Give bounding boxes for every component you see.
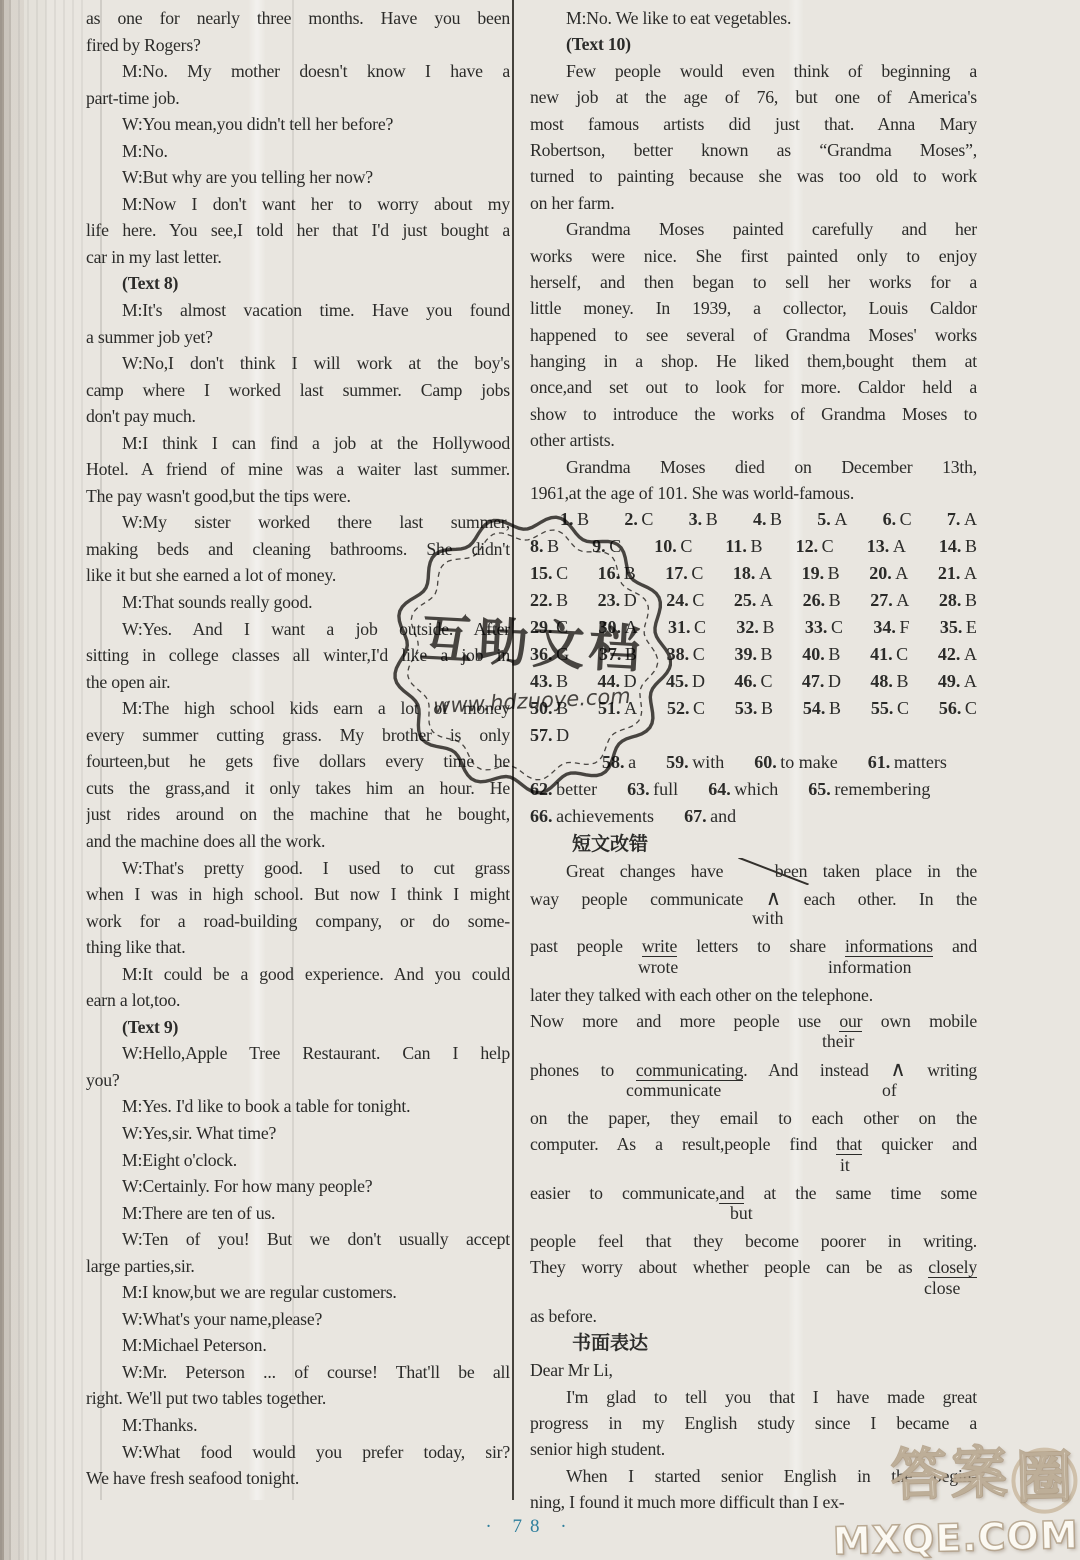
column-divider [512,0,514,1500]
fill-answer-item: 61. matters [868,752,947,772]
text-line: a summer job yet? [86,324,510,351]
answer-item: 7. A [947,506,977,533]
right-column: M:No. We like to eat vegetables.(Text 10… [530,5,977,1515]
text-line: Now more and more people use our own mob… [530,1008,977,1034]
text-line: making beds and cleaning bathrooms. She … [86,536,510,563]
text-line: M:The high school kids earn a lot of mon… [86,695,510,722]
answer-item: 52. C [667,695,705,722]
text-line: car in my last letter. [86,244,510,271]
fill-answer-item: 62. better [530,779,597,799]
answer-item: 35. E [940,614,977,641]
fill-answer-item: 63. full [627,779,678,799]
answer-item: 11. B [725,533,762,560]
answer-item: 5. A [817,506,847,533]
answer-item: 50. B [530,695,568,722]
answer-item: 39. B [734,641,772,668]
text-line: M:That sounds really good. [86,589,510,616]
answer-item: 1. B [560,506,589,533]
text-line: M:Now I don't want her to worry about my [86,191,510,218]
answer-item: 57. D [530,722,569,749]
text-line: earn a lot,too. [86,987,510,1014]
text-line: M:Yes. I'd like to book a table for toni… [86,1093,510,1120]
text-line: M:There are ten of us. [86,1200,510,1227]
correction-annotation-line: it [530,1158,977,1180]
text-line: herself, and then began to sell her work… [530,269,977,295]
answer-item: 49. A [938,668,977,695]
text-line: new job at the age of 76, but one of Ame… [530,84,977,110]
text-line: M:No. My mother doesn't know I have a [86,58,510,85]
text-line: We have fresh seafood tonight. [86,1465,510,1492]
correction-annotation-line: with [530,911,977,933]
answer-row: 57. D [530,722,977,749]
text-line: W:Mr. Peterson ... of course! That'll be… [86,1359,510,1386]
text-line: happened to see several of Grandma Moses… [530,322,977,348]
text-heading-line: (Text 8) [86,270,510,297]
answer-item: 48. B [870,668,908,695]
text-line: thing like that. [86,934,510,961]
answer-item: 26. B [803,587,841,614]
answer-item: 41. C [870,641,908,668]
answer-item: 45. D [666,668,705,695]
answer-item: 28. B [939,587,977,614]
text-line: I'm glad to tell you that I have made gr… [530,1384,977,1410]
text-line: right. We'll put two tables together. [86,1385,510,1412]
answer-item: 19. B [802,560,840,587]
text-line: large parties,sir. [86,1253,510,1280]
answer-item: 15. C [530,560,568,587]
left-column-listening-script: as one for nearly three months. Have you… [86,5,510,1492]
answer-item: 18. A [733,560,772,587]
fill-answer-row: 62. better63. full64. which65. rememberi… [530,776,977,803]
text-line: cuts the grass,and it only takes him an … [86,775,510,802]
text-line: just rides around on the machine that he… [86,801,510,828]
text-line: as before. [530,1303,977,1329]
answer-item: 33. C [805,614,843,641]
fill-answer-item: 66. achievements [530,806,654,826]
section-heading-written-expression: 书面表达 [530,1329,977,1357]
text-line: don't pay much. [86,403,510,430]
text-line: Hotel. A friend of mine was a waiter las… [86,456,510,483]
text-line: as one for nearly three months. Have you… [86,5,510,32]
answer-item: 3. B [689,506,718,533]
text-heading-line: (Text 9) [86,1014,510,1041]
answer-item: 17. C [665,560,703,587]
answer-item: 55. C [871,695,909,722]
page-number: · 78 · [450,1516,610,1538]
text-line: W:What's your name,please? [86,1306,510,1333]
text-line: W:Hello,Apple Tree Restaurant. Can I hel… [86,1040,510,1067]
model-essay-letter: Dear Mr Li,I'm glad to tell you that I h… [530,1357,977,1515]
text-line: W:My sister worked there last summer, [86,509,510,536]
text-line: computer. As a result,people find that q… [530,1131,977,1157]
answer-item: 38. C [667,641,705,668]
answer-item: 24. C [666,587,704,614]
text-line: M:Thanks. [86,1412,510,1439]
correction-annotation-line: their [530,1034,977,1056]
text-line: They worry about whether people can be a… [530,1254,977,1280]
text-line: little money. In 1939, a collector, Loui… [530,295,977,321]
answer-item: 22. B [530,587,568,614]
answer-item: 31. C [668,614,706,641]
answer-item: 12. C [796,533,834,560]
text-line: the open air. [86,669,510,696]
fill-answer-item: 60. to make [754,752,838,772]
answer-item: 46. C [734,668,772,695]
answer-item: 27. A [870,587,909,614]
text-line: every summer cutting grass. My brother i… [86,722,510,749]
fill-answer-item: 64. which [708,779,778,799]
text-line: M:I know,but we are regular customers. [86,1279,510,1306]
text-line: M:No. We like to eat vegetables. [530,5,977,31]
answer-item: 40. B [802,641,840,668]
text-line: like it but she earned a lot of money. [86,562,510,589]
book-gutter-shadow [0,0,84,1560]
answer-row: 43. B44. D45. D46. C47. D48. B49. A [530,668,977,695]
text10-passage: M:No. We like to eat vegetables.(Text 10… [530,5,977,506]
fill-answer-item: 59. with [666,752,724,772]
text-line: Robertson, better known as “Grandma Mose… [530,137,977,163]
answer-item: 36. G [530,641,569,668]
text-line: when I was in high school. But now I thi… [86,881,510,908]
text-line: M:It's almost vacation time. Have you fo… [86,297,510,324]
correction-annotation-line: communicateof [530,1083,977,1105]
answer-item: 23. D [598,587,637,614]
text-line: hanging in a shop. He liked them,bought … [530,348,977,374]
answer-item: 43. B [530,668,568,695]
text-line: fourteen,but he gets five dollars every … [86,748,510,775]
text-line: W:But why are you telling her now? [86,164,510,191]
text-line: progress in my English study since I bec… [530,1410,977,1436]
answer-item: 10. C [654,533,692,560]
text-line: phones to communicating. And instead ∧ w… [530,1056,977,1082]
text-line: W:That's pretty good. I used to cut gras… [86,855,510,882]
text-line: W:Certainly. For how many people? [86,1173,510,1200]
text-line: easier to communicate,and at the same ti… [530,1180,977,1206]
fill-answer-item: 65. remembering [808,779,930,799]
text-line: sitting in college classes all winter,I'… [86,642,510,669]
answer-row: 15. C16. B17. C18. A19. B20. A21. A [530,560,977,587]
text-line: once,and set out to look for more. Caldo… [530,374,977,400]
text-line: you? [86,1067,510,1094]
answer-item: 14. B [939,533,977,560]
fill-answer-row: 58. a59. with60. to make61. matters [530,749,977,776]
correction-annotation-line: wroteinformation [530,960,977,982]
text-line: on her farm. [530,190,977,216]
text-line: The pay wasn't good,but the tips were. [86,483,510,510]
text-line: Grandma Moses died on December 13th, [530,454,977,480]
answer-item: 51. A [598,695,637,722]
answer-item: 2. C [624,506,653,533]
text-line: M:I think I can find a job at the Hollyw… [86,430,510,457]
answer-item: 25. A [734,587,773,614]
text-line: M:Eight o'clock. [86,1147,510,1174]
text-line: Grandma Moses painted carefully and her [530,216,977,242]
answer-item: 44. D [597,668,636,695]
text-line: Dear Mr Li, [530,1357,977,1383]
answer-item: 34. F [873,614,909,641]
answer-item: 42. A [938,641,977,668]
answer-row: 50. B51. A52. C53. B54. B55. C56. C [530,695,977,722]
text-line: later they talked with each other on the… [530,982,977,1008]
text-line: on the paper, they email to each other o… [530,1105,977,1131]
text-line: W:No,I don't think I will work at the bo… [86,350,510,377]
answer-row: 29. C30. A31. C32. B33. C34. F35. E [530,614,977,641]
answer-item: 6. C [883,506,912,533]
answer-item: 30. A [598,614,637,641]
answer-item: 53. B [735,695,773,722]
answer-item: 29. C [530,614,568,641]
text-line: M:It could be a good experience. And you… [86,961,510,988]
text-line: 1961,at the age of 101. She was world-fa… [530,480,977,506]
text-line: turned to painting because she was too o… [530,163,977,189]
text-line: works were nice. She first painted only … [530,243,977,269]
multiple-choice-answer-key: 1. B2. C3. B4. B5. A6. C7. A8. B9. C10. … [530,506,977,749]
text-line: ning, I found it much more difficult tha… [530,1489,977,1515]
answer-row: 36. G37. B38. C39. B40. B41. C42. A [530,641,977,668]
text-line: people feel that they become poorer in w… [530,1228,977,1254]
fill-answer-row: 66. achievements67. and [530,803,977,830]
text-line: W:Yes,sir. What time? [86,1120,510,1147]
text-line: M:Michael Peterson. [86,1332,510,1359]
answer-row: 8. B9. C10. C11. B12. C13. A14. B [530,533,977,560]
answer-item: 8. B [530,533,559,560]
text-line: W:Yes. And I want a job outside. After [86,616,510,643]
fill-answer-item: 67. and [684,806,736,826]
answer-item: 54. B [803,695,841,722]
text-heading-line: (Text 10) [530,31,977,57]
answer-item: 16. B [598,560,636,587]
text-line: W:What food would you prefer today, sir? [86,1439,510,1466]
watermark-site-url: MXQE.COM [833,1513,1080,1560]
answer-item: 32. B [736,614,774,641]
fill-answer-item: 58. a [602,752,636,772]
text-line: M:No. [86,138,510,165]
answer-item: 56. C [939,695,977,722]
text-line: senior high student. [530,1436,977,1462]
correction-annotation-line: but [530,1206,977,1228]
correction-annotation-line: close [530,1281,977,1303]
text-line: other artists. [530,427,977,453]
text-line: work for a road-building company, or do … [86,908,510,935]
answer-item: 20. A [869,560,908,587]
answer-item: 21. A [938,560,977,587]
answer-item: 47. D [802,668,841,695]
text-line: Great changes have been taken place in t… [530,858,977,884]
answer-item: 37. B [599,641,637,668]
text-line: camp where I worked last summer. Camp jo… [86,377,510,404]
error-correction-passage: Great changes have been taken place in t… [530,858,977,1329]
text-line: show to introduce the works of Grandma M… [530,401,977,427]
answer-row: 22. B23. D24. C25. A26. B27. A28. B [530,587,977,614]
text-line: W:Ten of you! But we don't usually accep… [86,1226,510,1253]
text-line: most famous artists did just that. Anna … [530,111,977,137]
text-line: fired by Rogers? [86,32,510,59]
fill-in-answer-key: 58. a59. with60. to make61. matters62. b… [530,749,977,830]
text-line: life here. You see,I told her that I'd j… [86,217,510,244]
text-line: W:You mean,you didn't tell her before? [86,111,510,138]
section-heading-error-correction: 短文改错 [530,830,977,858]
text-line: part-time job. [86,85,510,112]
answer-row: 1. B2. C3. B4. B5. A6. C7. A [530,506,977,533]
answer-item: 13. A [867,533,906,560]
text-line: When I started senior English in the beg… [530,1463,977,1489]
answer-item: 4. B [753,506,782,533]
text-line: Few people would even think of beginning… [530,58,977,84]
answer-item: 9. C [592,533,621,560]
text-line: and the machine does all the work. [86,828,510,855]
workbook-answer-page: as one for nearly three months. Have you… [0,0,1080,1560]
